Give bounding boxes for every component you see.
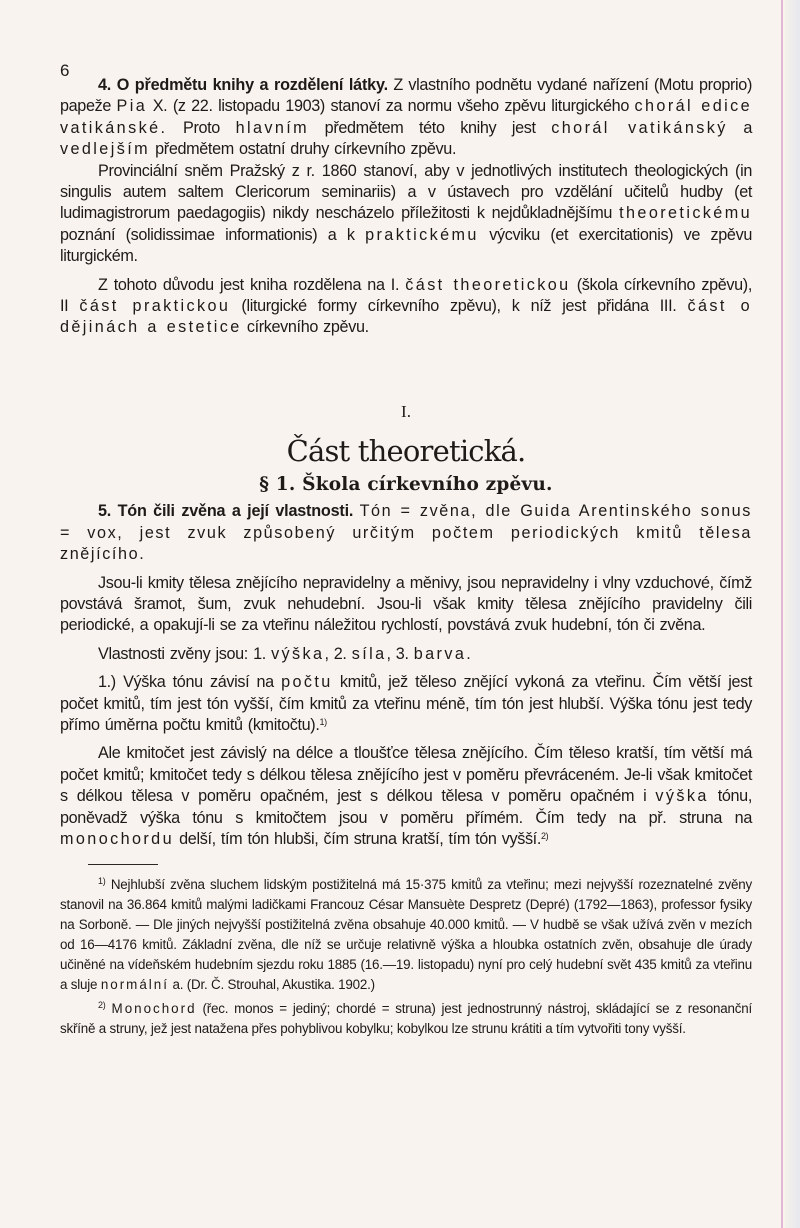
section-5-paragraph-3: Vlastnosti zvěny jsou: 1. výška, 2. síla… (60, 644, 752, 665)
footnote-1: 1) Nejhlubší zvěna sluchem lidským posti… (60, 875, 752, 995)
section-5-paragraph-1: 5. Tón čili zvěna a její vlastnosti. Tón… (60, 501, 752, 565)
section-4-paragraph-1: 4. O předmětu knihy a rozdělení látky. Z… (60, 75, 752, 161)
part-title: Část theoretická. (60, 434, 752, 468)
section-5-paragraph-5: Ale kmitočet jest závislý na délce a tlo… (60, 743, 752, 850)
section-5-heading: 5. Tón čili zvěna a její vlastnosti. (98, 502, 353, 520)
part-numeral: I. (60, 401, 752, 422)
footnote-2: 2) Monochord (řec. monos = jediný; chord… (60, 999, 752, 1039)
section-4-paragraph-3: Z tohoto důvodu jest kniha rozdělena na … (60, 275, 752, 339)
section-4-heading: 4. O předmětu knihy a rozdělení látky. (98, 76, 388, 94)
footnote-ref-2[interactable]: 2) (541, 831, 548, 841)
section-title: § 1. Škola církevního zpěvu. (60, 474, 752, 495)
footnote-1-mark: 1) (98, 876, 106, 886)
section-5-paragraph-4: 1.) Výška tónu závisí na počtu kmitů, je… (60, 672, 752, 736)
page-edge-shadow (785, 0, 800, 1228)
section-5-paragraph-2: Jsou-li kmity tělesa znějícího nepravide… (60, 573, 752, 637)
page-body: 4. O předmětu knihy a rozdělení látky. Z… (60, 75, 752, 1039)
footnote-ref-1[interactable]: 1) (319, 717, 326, 727)
section-4-paragraph-2: Provinciální sněm Pražský z r. 1860 stan… (60, 161, 752, 268)
footnote-2-mark: 2) (98, 1000, 106, 1010)
page-edge-line (781, 0, 783, 1228)
